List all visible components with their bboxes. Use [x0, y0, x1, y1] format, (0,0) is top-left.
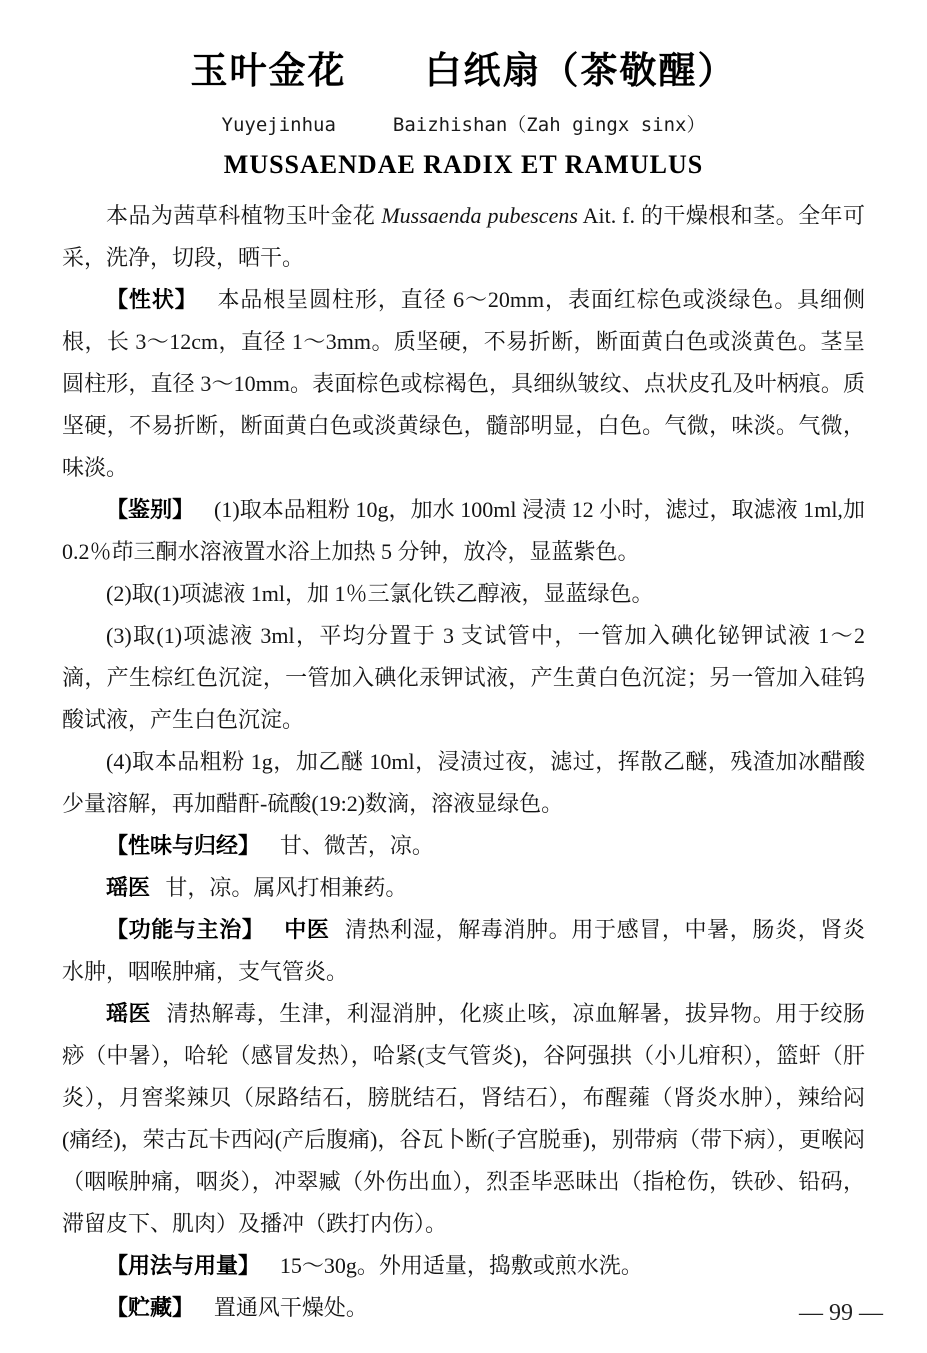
section-label-gongneng: 【功能与主治】 [106, 917, 264, 942]
section-label-yongfa: 【用法与用量】 [106, 1253, 260, 1278]
paragraph-intro: 本品为茜草科植物玉叶金花 Mussaenda pubescens Ait. f.… [62, 195, 865, 279]
document-page: 玉叶金花 白纸扇（茶敬醒） Yuyejinhua Baizhishan（Zah … [0, 0, 927, 1353]
page-number: — 99 — [799, 1300, 883, 1327]
section-label-jianbie: 【鉴别】 [106, 497, 194, 522]
latin-name: MUSSAENDAE RADIX ET RAMULUS [62, 150, 865, 180]
subsection-label-yaoyi: 瑶医 [106, 1001, 151, 1026]
section-xingwei-yaoyi: 瑶医甘，凉。属风打相兼药。 [62, 867, 865, 909]
section-xingwei: 【性味与归经】甘、微苦，凉。 [62, 825, 865, 867]
section-text: 清热解毒，生津，利湿消肿，化痰止咳，凉血解暑，拔异物。用于绞肠痧（中暑），哈轮（… [62, 1001, 865, 1236]
section-jianbie-4: (4)取本品粗粉 1g，加乙醚 10ml，浸渍过夜，滤过，挥散乙醚，残渣加冰醋酸… [62, 741, 865, 825]
section-text: 本品根呈圆柱形，直径 6～20mm，表面红棕色或淡绿色。具细侧根，长 3～12c… [62, 287, 865, 480]
pinyin-line: Yuyejinhua Baizhishan（Zah gingx sinx） [62, 110, 865, 137]
section-text: 甘、微苦，凉。 [280, 833, 434, 858]
section-text: (3)取(1)项滤液 3ml，平均分置于 3 支试管中，一管加入碘化铋钾试液 1… [62, 623, 865, 732]
subsection-label-yaoyi: 瑶医 [106, 875, 150, 900]
section-jianbie-2: (2)取(1)项滤液 1ml，加 1％三氯化铁乙醇液，显蓝绿色。 [62, 573, 865, 615]
section-jianbie-1: 【鉴别】(1)取本品粗粉 10g，加水 100ml 浸渍 12 小时，滤过，取滤… [62, 489, 865, 573]
section-gongneng-yaoyi: 瑶医清热解毒，生津，利湿消肿，化痰止咳，凉血解暑，拔异物。用于绞肠痧（中暑），哈… [62, 993, 865, 1245]
document-content: 玉叶金花 白纸扇（茶敬醒） Yuyejinhua Baizhishan（Zah … [0, 0, 927, 1329]
section-label-xingzhuang: 【性状】 [106, 287, 198, 312]
subsection-label-zhongyi: 中医 [284, 917, 329, 942]
section-label-zhucang: 【贮藏】 [106, 1295, 194, 1320]
document-body: 本品为茜草科植物玉叶金花 Mussaenda pubescens Ait. f.… [62, 195, 865, 1329]
section-text: 甘，凉。属风打相兼药。 [165, 875, 407, 900]
section-text: (2)取(1)项滤液 1ml，加 1％三氯化铁乙醇液，显蓝绿色。 [106, 581, 654, 606]
botanical-name: Mussaenda pubescens [381, 203, 578, 228]
section-gongneng: 【功能与主治】中医清热利湿，解毒消肿。用于感冒，中暑，肠炎，肾炎水肿，咽喉肿痛，… [62, 909, 865, 993]
section-text: 置通风干燥处。 [214, 1295, 368, 1320]
section-label-xingwei: 【性味与归经】 [106, 833, 260, 858]
section-yongfa: 【用法与用量】15～30g。外用适量，捣敷或煎水洗。 [62, 1245, 865, 1287]
section-zhucang: 【贮藏】置通风干燥处。 [62, 1287, 865, 1329]
page-title: 玉叶金花 白纸扇（茶敬醒） [62, 40, 865, 94]
section-text: 15～30g。外用适量，捣敷或煎水洗。 [280, 1253, 643, 1278]
section-xingzhuang: 【性状】本品根呈圆柱形，直径 6～20mm，表面红棕色或淡绿色。具细侧根，长 3… [62, 279, 865, 489]
section-text: (4)取本品粗粉 1g，加乙醚 10ml，浸渍过夜，滤过，挥散乙醚，残渣加冰醋酸… [62, 749, 865, 816]
intro-pre-text: 本品为茜草科植物玉叶金花 [106, 203, 381, 228]
section-jianbie-3: (3)取(1)项滤液 3ml，平均分置于 3 支试管中，一管加入碘化铋钾试液 1… [62, 615, 865, 741]
